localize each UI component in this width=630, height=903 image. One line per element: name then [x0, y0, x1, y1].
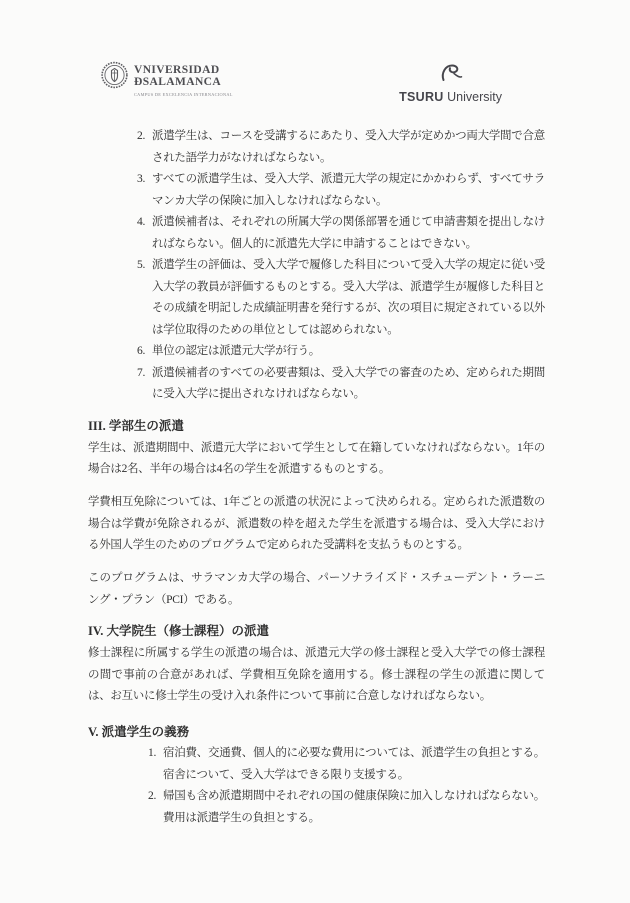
salamanca-wordmark-line2: ĐSALAMANCA [134, 76, 271, 88]
salamanca-wordmark: VNIVERSIDAD ĐSALAMANCA CAMPUS DE EXCELEN… [134, 61, 271, 103]
page-header: VNIVERSIDAD ĐSALAMANCA CAMPUS DE EXCELEN… [0, 0, 630, 104]
paragraph: 学費相互免除については、1年ごとの派遣の状況によって決められる。定められた派遣数… [88, 492, 545, 557]
list-item: 2. 派遣学生は、コースを受講するにあたり、受入大学が定めかつ両大学間で合意され… [137, 126, 545, 169]
list-item: 5. 派遣学生の評価は、受入大学で履修した科目について受入大学の規定に従い受入大… [137, 255, 545, 341]
salamanca-logo: VNIVERSIDAD ĐSALAMANCA CAMPUS DE EXCELEN… [101, 61, 271, 103]
list-item-text: 派遣候補者は、それぞれの所属大学の関係部署を通じて申請書類を提出しなければならな… [152, 212, 545, 255]
tsuru-wordmark-bold: TSURU [399, 90, 444, 104]
tsuru-crane-icon [439, 62, 463, 88]
list-item-number: 7. [137, 363, 152, 406]
list-item: 7. 派遣候補者のすべての必要書類は、受入大学での審査のため、定められた期間に受… [137, 363, 545, 406]
section-heading-graduate-dispatch: IV. 大学院生（修士課程）の派遣 [88, 621, 545, 643]
list-item-text: 派遣学生の評価は、受入大学で履修した科目について受入大学の規定に従い受入大学の教… [152, 255, 545, 341]
salamanca-wordmark-line1: VNIVERSIDAD [134, 64, 271, 76]
list-item-text: 単位の認定は派遣元大学が行う。 [152, 341, 545, 363]
list-item-number: 1. [148, 743, 163, 786]
paragraph: このプログラムは、サラマンカ大学の場合、パーソナライズド・スチューデント・ラーニ… [88, 568, 545, 611]
section-heading-undergraduate-dispatch: III. 学部生の派遣 [88, 416, 545, 438]
list-item: 4. 派遣候補者は、それぞれの所属大学の関係部署を通じて申請書類を提出しなければ… [137, 212, 545, 255]
list-item-text: 派遣候補者のすべての必要書類は、受入大学での審査のため、定められた期間に受入大学… [152, 363, 545, 406]
tsuru-logo: TSURU University [399, 61, 502, 104]
list-item: 1. 宿泊費、交通費、個人的に必要な費用については、派遣学生の負担とする。宿舎に… [148, 743, 545, 786]
document-body: 2. 派遣学生は、コースを受講するにあたり、受入大学が定めかつ両大学間で合意され… [88, 126, 545, 829]
list-item: 3. すべての派遣学生は、受入大学、派遣元大学の規定にかかわらず、すべてサラマン… [137, 169, 545, 212]
list-item-text: 帰国も含め派遣期間中それぞれの国の健康保険に加入しなければならない。費用は派遣学… [163, 786, 545, 829]
paragraph: 修士課程に所属する学生の派遣の場合は、派遣元大学の修士課程と受入大学での修士課程… [88, 643, 545, 708]
list-item: 6. 単位の認定は派遣元大学が行う。 [137, 341, 545, 363]
tsuru-wordmark-regular: University [447, 90, 502, 104]
tsuru-wordmark: TSURU University [399, 90, 502, 104]
paragraph: 学生は、派遣期間中、派遣元大学において学生として在籍していなければならない。1年… [88, 438, 545, 481]
list-item-text: すべての派遣学生は、受入大学、派遣元大学の規定にかかわらず、すべてサラマンカ大学… [152, 169, 545, 212]
exchange-conditions-list: 2. 派遣学生は、コースを受講するにあたり、受入大学が定めかつ両大学間で合意され… [137, 126, 545, 406]
list-item-number: 5. [137, 255, 152, 341]
list-item-number: 2. [137, 126, 152, 169]
list-item-number: 4. [137, 212, 152, 255]
list-item-number: 6. [137, 341, 152, 363]
salamanca-tagline: CAMPUS DE EXCELENCIA INTERNACIONAL [134, 91, 233, 100]
list-item: 2. 帰国も含め派遣期間中それぞれの国の健康保険に加入しなければならない。費用は… [148, 786, 545, 829]
document-page: VNIVERSIDAD ĐSALAMANCA CAMPUS DE EXCELEN… [0, 0, 630, 903]
list-item-text: 派遣学生は、コースを受講するにあたり、受入大学が定めかつ両大学間で合意された語学… [152, 126, 545, 169]
section-heading-student-obligations: V. 派遣学生の義務 [88, 722, 545, 744]
list-item-text: 宿泊費、交通費、個人的に必要な費用については、派遣学生の負担とする。宿舎について… [163, 743, 545, 786]
list-item-number: 3. [137, 169, 152, 212]
salamanca-seal-icon [101, 61, 128, 94]
student-obligations-list: 1. 宿泊費、交通費、個人的に必要な費用については、派遣学生の負担とする。宿舎に… [148, 743, 545, 829]
list-item-number: 2. [148, 786, 163, 829]
